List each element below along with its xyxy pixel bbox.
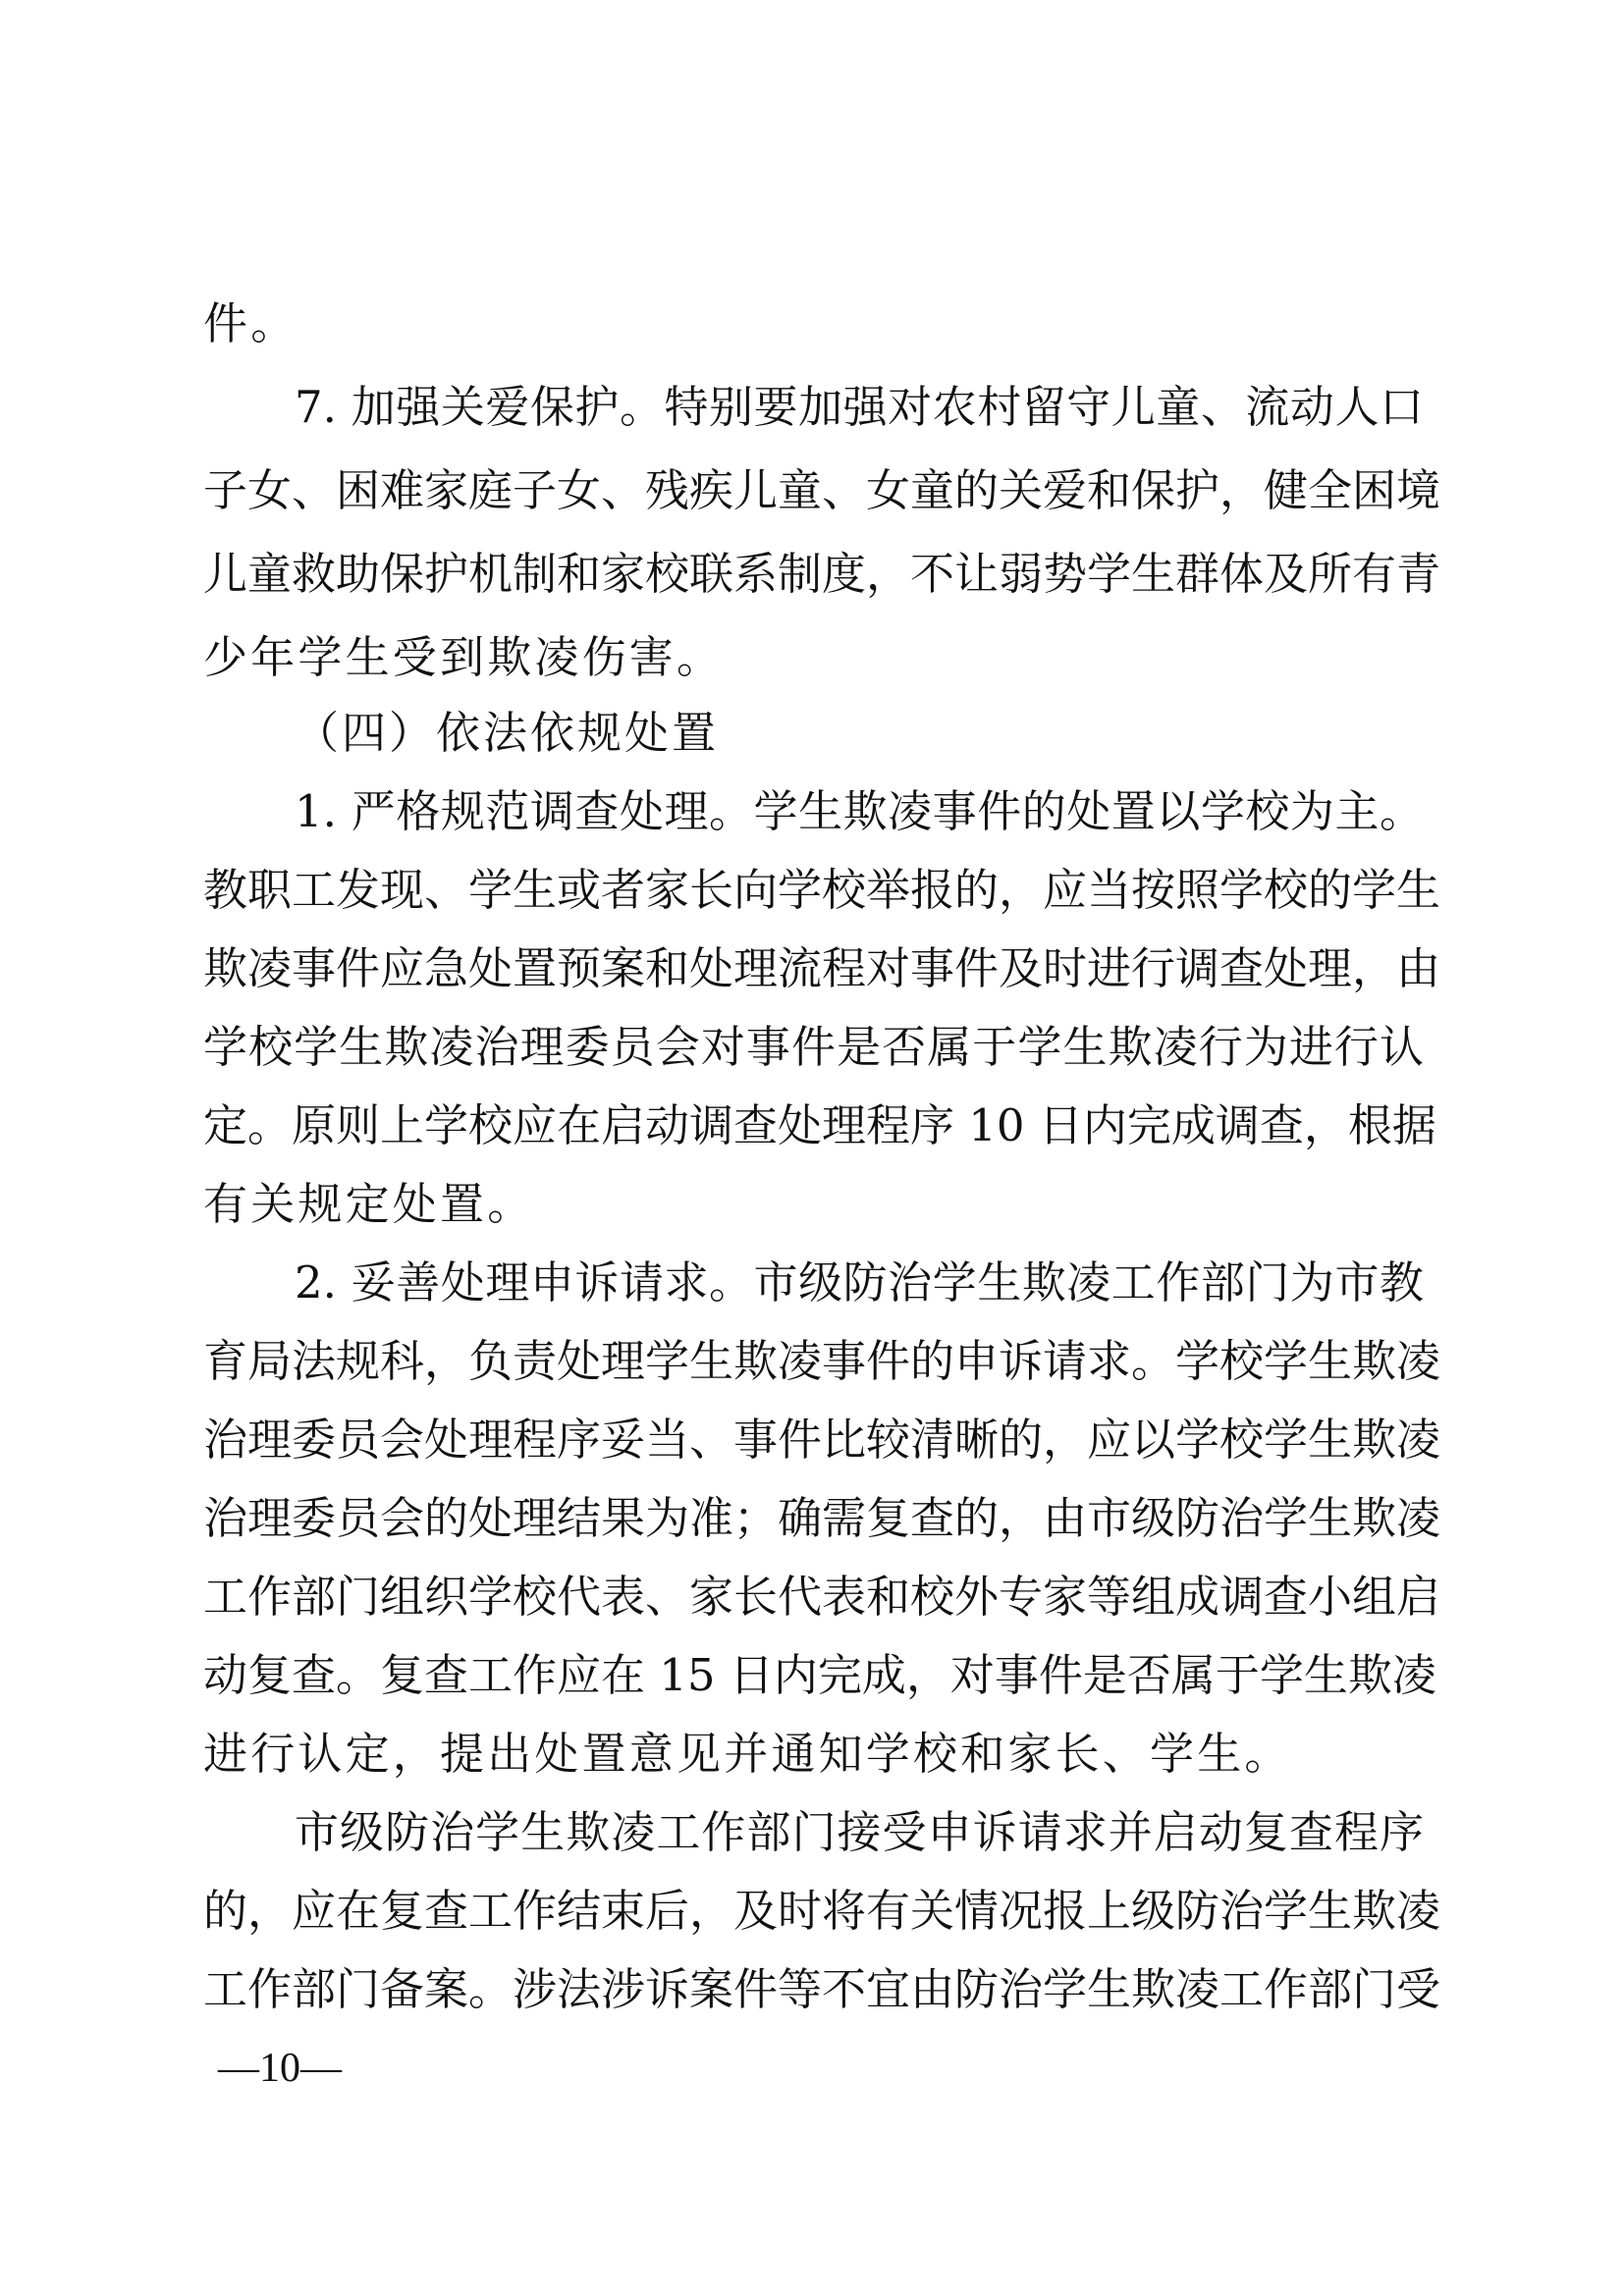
paragraph-first-line: 2. 妥善处理申诉请求。市级防治学生欺凌工作部门为市教: [295, 1254, 1424, 1312]
paragraph-line: 儿童救助保护机制和家校联系制度，不让弱势学生群体及所有青: [203, 545, 1424, 604]
paragraph-line: 工作部门备案。涉法涉诉案件等不宜由防治学生欺凌工作部门受: [203, 1960, 1424, 2019]
paragraph-line: 子女、困难家庭子女、残疾儿童、女童的关爱和保护，健全困境: [203, 461, 1424, 520]
paragraph-line: 工作部门组织学校代表、家长代表和校外专家等组成调查小组启: [203, 1568, 1424, 1627]
paragraph-line: 的，应在复查工作结束后，及时将有关情况报上级防治学生欺凌: [203, 1882, 1424, 1941]
paragraph-first-line: 7. 加强关爱保护。特别要加强对农村留守儿童、流动人口: [295, 378, 1424, 437]
paragraph-line: 治理委员会的处理结果为准；确需复查的，由市级防治学生欺凌: [203, 1489, 1424, 1548]
paragraph-line: 学校学生欺凌治理委员会对事件是否属于学生欺凌行为进行认: [203, 1018, 1424, 1077]
document-page: 件。7. 加强关爱保护。特别要加强对农村留守儿童、流动人口子女、困难家庭子女、残…: [0, 0, 1624, 2296]
paragraph-last-line: 少年学生受到欺凌伤害。: [203, 628, 1424, 687]
paragraph-line: 育局法规科，负责处理学生欺凌事件的申诉请求。学校学生欺凌: [203, 1332, 1424, 1391]
paragraph-first-line: 市级防治学生欺凌工作部门接受申诉请求并启动复查程序: [295, 1803, 1424, 1862]
paragraph-last-line: 有关规定处置。: [203, 1175, 1424, 1234]
paragraph-line: 欺凌事件应急处置预案和处理流程对事件及时进行调查处理，由: [203, 939, 1424, 998]
paragraph-line: 教职工发现、学生或者家长向学校举报的，应当按照学校的学生: [203, 861, 1424, 920]
section-heading: （四）依法依规处置: [295, 704, 719, 763]
paragraph-first-line: 1. 严格规范调查处理。学生欺凌事件的处置以学校为主。: [295, 782, 1424, 841]
paragraph-last-line: 件。: [203, 294, 1424, 353]
page-number: —10—: [218, 2044, 342, 2093]
paragraph-line: 定。原则上学校应在启动调查处理程序 10 日内完成调查，根据: [203, 1096, 1424, 1155]
paragraph-line: 动复查。复查工作应在 15 日内完成，对事件是否属于学生欺凌: [203, 1646, 1424, 1705]
paragraph-last-line: 进行认定，提出处置意见并通知学校和家长、学生。: [203, 1725, 1424, 1784]
paragraph-line: 治理委员会处理程序妥当、事件比较清晰的，应以学校学生欺凌: [203, 1411, 1424, 1469]
